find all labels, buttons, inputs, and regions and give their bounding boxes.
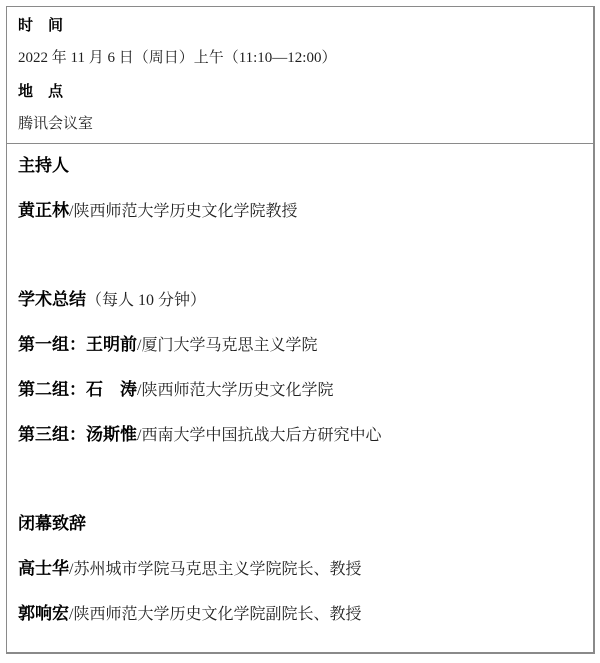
place-value: 腾讯会议室 <box>18 108 582 141</box>
group-summary-row: 第一组：王明前/厦门大学马克思主义学院 <box>18 323 582 368</box>
place-label: 地 点 <box>18 75 582 108</box>
time-value: 2022 年 11 月 6 日（周日）上午（11:10—12:00） <box>18 42 582 75</box>
schedule-info-cell: 时 间 2022 年 11 月 6 日（周日）上午（11:10—12:00） 地… <box>7 7 593 143</box>
group-affiliation: /西南大学中国抗战大后方研究中心 <box>137 427 381 444</box>
group-summary-row: 第三组：汤斯惟/西南大学中国抗战大后方研究中心 <box>18 413 582 458</box>
blank-row <box>18 458 582 502</box>
group-summary-row: 第二组：石 涛/陕西师范大学历史文化学院 <box>18 368 582 413</box>
closing-speaker-name: 郭响宏 <box>18 604 69 623</box>
closing-label: 闭幕致辞 <box>18 514 86 533</box>
group-speaker: 第一组：王明前 <box>18 335 137 354</box>
closing-speaker-affiliation: /苏州城市学院马克思主义学院院长、教授 <box>69 561 361 578</box>
blank-row <box>18 234 582 278</box>
group-speaker: 第二组：石 涛 <box>18 380 137 399</box>
session-detail-cell: 主持人 黄正林/陕西师范大学历史文化学院教授 学术总结（每人 10 分钟） 第一… <box>7 143 593 637</box>
group-affiliation: /厦门大学马克思主义学院 <box>137 337 317 354</box>
host-label-row: 主持人 <box>18 144 582 189</box>
closing-label-row: 闭幕致辞 <box>18 502 582 547</box>
closing-speaker-row: 郭响宏/陕西师范大学历史文化学院副院长、教授 <box>18 592 582 637</box>
closing-speaker-row: 高士华/苏州城市学院马克思主义学院院长、教授 <box>18 547 582 592</box>
host-name: 黄正林 <box>18 201 69 220</box>
host-label: 主持人 <box>18 156 69 175</box>
program-table: 时 间 2022 年 11 月 6 日（周日）上午（11:10—12:00） 地… <box>6 6 595 654</box>
host-affiliation: /陕西师范大学历史文化学院教授 <box>69 203 297 220</box>
summary-label-row: 学术总结（每人 10 分钟） <box>18 278 582 323</box>
group-affiliation: /陕西师范大学历史文化学院 <box>137 382 333 399</box>
summary-note: （每人 10 分钟） <box>86 292 206 309</box>
host-row: 黄正林/陕西师范大学历史文化学院教授 <box>18 189 582 234</box>
closing-speaker-name: 高士华 <box>18 559 69 578</box>
group-speaker: 第三组：汤斯惟 <box>18 425 137 444</box>
closing-speaker-affiliation: /陕西师范大学历史文化学院副院长、教授 <box>69 606 361 623</box>
time-label: 时 间 <box>18 9 582 42</box>
summary-label: 学术总结 <box>18 290 86 309</box>
